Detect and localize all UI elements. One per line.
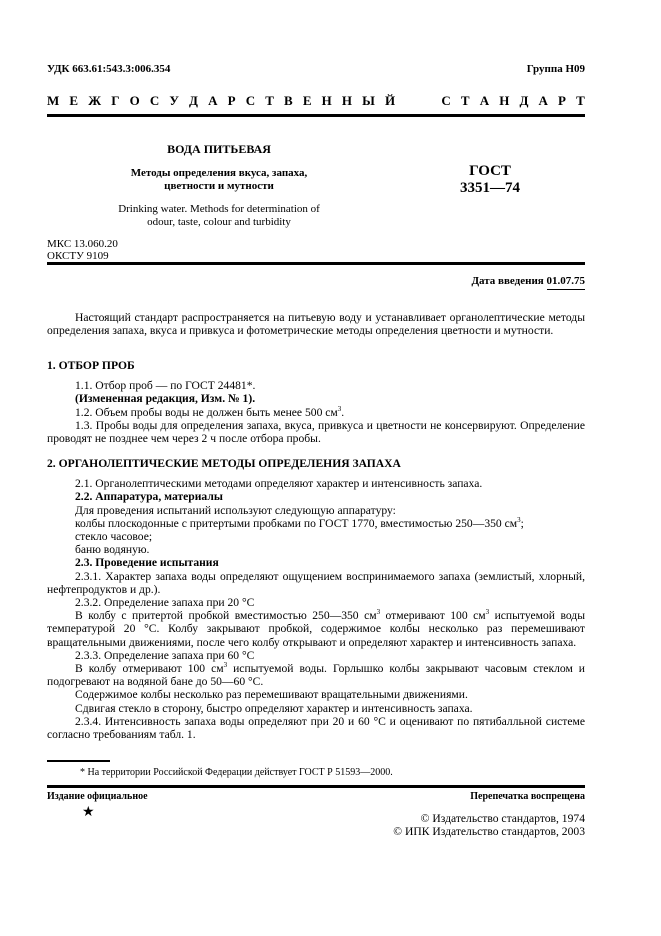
banner-letter: Р [228,93,236,109]
intro-text: Настоящий стандарт распространяется на п… [47,311,585,337]
header-rule [47,114,585,117]
section-1: 1. ОТБОР ПРОБ 1.1. Отбор проб — по ГОСТ … [47,359,585,445]
introduction-date-value: 01.07.75 [547,275,586,290]
banner-word-gap [405,93,431,109]
clause-2-3-3-part-a: В колбу отмеривают 100 см [75,662,224,675]
clause-1-3: 1.3. Пробы воды для определения запаха, … [47,419,585,445]
english-title: Drinking water. Methods for determinatio… [90,203,348,228]
english-title-line-1: Drinking water. Methods for determinatio… [90,203,348,216]
section-2: 2. ОРГАНОЛЕПТИЧЕСКИЕ МЕТОДЫ ОПРЕДЕЛЕНИЯ … [47,457,585,741]
banner-letter: Ы [362,93,375,109]
equipment-item-flasks: колбы плоскодонные с притертыми пробками… [47,517,585,530]
clause-2-2-intro: Для проведения испытаний используют след… [47,504,585,517]
banner-letter: Д [189,93,198,109]
equipment-item-watch-glass: стекло часовое; [47,530,585,543]
introduction-date-label: Дата введения [471,275,543,287]
banner-letter: М [47,93,59,109]
banner-letter: У [169,93,179,109]
udk-code: УДК 663.61:543.3:006.354 [47,63,170,75]
section-2-title: 2. ОРГАНОЛЕПТИЧЕСКИЕ МЕТОДЫ ОПРЕДЕЛЕНИЯ … [47,457,585,470]
clause-2-3-3-title: 2.3.3. Определение запаха при 60 °С [47,649,585,662]
reprint-prohibited-label: Перепечатка воспрещена [470,791,585,802]
okstu-code: ОКСТУ 9109 [47,250,118,262]
banner-letter: Н [342,93,352,109]
mks-code: МКС 13.060.20 [47,238,118,250]
classification-codes: МКС 13.060.20 ОКСТУ 9109 [47,238,118,262]
english-title-line-2: odour, taste, colour and turbidity [90,216,348,229]
equipment-item-water-bath: баню водяную. [47,543,585,556]
interstate-standard-banner: МЕЖГОСУДАРСТВЕННЫЙСТАНДАРТ [47,93,585,109]
banner-letter: Р [558,93,566,109]
gost-number: 3351—74 [440,180,540,197]
clause-2-1: 2.1. Органолептическими методами определ… [47,477,585,490]
gost-designation: ГОСТ 3351—74 [440,163,540,197]
clause-2-3-3-text: В колбу отмеривают 100 см3 испытуемой во… [47,662,585,688]
banner-letter: С [150,93,159,109]
banner-letter: В [284,93,293,109]
equipment-flasks-text: колбы плоскодонные с притертыми пробками… [75,517,517,530]
clause-1-1-amendment: (Измененная редакция, Изм. № 1). [47,392,585,405]
copyright-1974: © Издательство стандартов, 1974 [393,812,585,825]
banner-letter: С [441,93,450,109]
banner-letter: Н [322,93,332,109]
equipment-flasks-end: ; [521,517,524,530]
banner-letter: А [208,93,217,109]
clause-2-3-3-mixing: Содержимое колбы несколько раз перемешив… [47,688,585,701]
clause-1-2: 1.2. Объем пробы воды не должен быть мен… [47,406,585,419]
clause-2-2-title: 2.2. Аппаратура, материалы [47,490,585,503]
gost-label: ГОСТ [440,163,540,180]
star-icon: ★ [82,804,95,821]
section-1-title: 1. ОТБОР ПРОБ [47,359,585,372]
subtitle-line-1: Методы определения вкуса, запаха, [90,167,348,180]
footnote: * На территории Российской Федерации дей… [80,767,393,778]
banner-letter: С [246,93,255,109]
banner-letter: Й [385,93,395,109]
banner-letter: А [539,93,548,109]
footnote-rule [47,760,110,762]
official-edition-label: Издание официальное [47,791,148,802]
banner-letter: Т [576,93,585,109]
copyright-2003: © ИПК Издательство стандартов, 2003 [393,825,585,838]
clause-1-2-text: 1.2. Объем пробы воды не должен быть мен… [75,406,338,419]
clause-2-3-4: 2.3.4. Интенсивность запаха воды определ… [47,715,585,741]
banner-letter: А [480,93,489,109]
banner-letter: Т [265,93,274,109]
clause-2-3-1: 2.3.1. Характер запаха воды определяют о… [47,570,585,596]
clause-2-3-3-determine: Сдвигая стекло в сторону, быстро определ… [47,702,585,715]
banner-letter: О [130,93,140,109]
banner-letter: Е [69,93,78,109]
banner-letter: Т [461,93,470,109]
banner-letter: Д [519,93,528,109]
clause-1-2-end: . [341,406,344,419]
subtitle-line-2: цветности и мутности [90,180,348,193]
intro-paragraph: Настоящий стандарт распространяется на п… [47,311,585,337]
banner-letter: Е [303,93,312,109]
document-subtitle: Методы определения вкуса, запаха, цветно… [90,167,348,192]
clause-2-3-2-title: 2.3.2. Определение запаха при 20 °С [47,596,585,609]
clause-2-3-2-part-b: отмеривают 100 см [380,609,486,622]
clause-1-1: 1.1. Отбор проб — по ГОСТ 24481*. [47,379,585,392]
copyright-block: © Издательство стандартов, 1974 © ИПК Из… [393,812,585,838]
banner-letter: Г [111,93,119,109]
introduction-date: Дата введения 01.07.75 [471,275,585,287]
title-rule [47,262,585,265]
document-title: ВОДА ПИТЬЕВАЯ [90,142,348,157]
footer-rule [47,785,585,788]
clause-2-3-2-text: В колбу с притертой пробкой вместимостью… [47,609,585,649]
banner-letter: Ж [88,93,101,109]
group-code: Группа Н09 [527,63,585,75]
banner-letter: Н [499,93,509,109]
clause-2-3-2-part-a: В колбу с притертой пробкой вместимостью… [75,609,377,622]
clause-2-3-title: 2.3. Проведение испытания [47,556,585,569]
